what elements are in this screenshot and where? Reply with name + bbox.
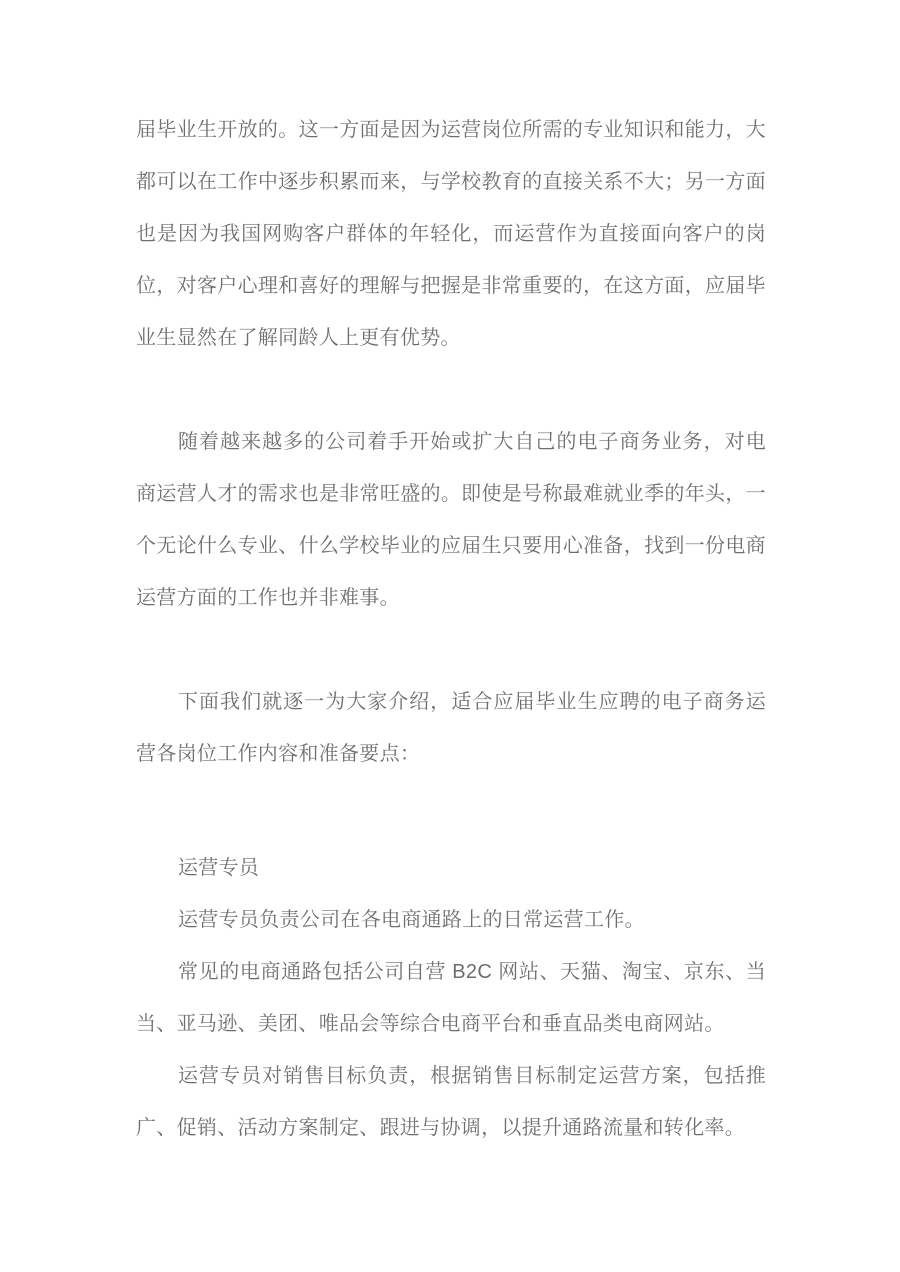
paragraph-intro-list: 下面我们就逐一为大家介绍，适合应届毕业生应聘的电子商务运营各岗位工作内容和准备要… bbox=[136, 676, 766, 780]
paragraph-specialist-duty: 运营专员负责公司在各电商通路上的日常运营工作。 bbox=[136, 894, 766, 946]
paragraph-channels: 常见的电商通路包括公司自营 B2C 网站、天猫、淘宝、京东、当当、亚马逊、美团、… bbox=[136, 946, 766, 1050]
paragraph-continuation: 届毕业生开放的。这一方面是因为运营岗位所需的专业知识和能力，大都可以在工作中逐步… bbox=[136, 104, 766, 364]
paragraph-demand: 随着越来越多的公司着手开始或扩大自己的电子商务业务，对电商运营人才的需求也是非常… bbox=[136, 416, 766, 624]
paragraph-sales-target: 运营专员对销售目标负责，根据销售目标制定运营方案，包括推广、促销、活动方案制定、… bbox=[136, 1050, 766, 1154]
document-page: 届毕业生开放的。这一方面是因为运营岗位所需的专业知识和能力，大都可以在工作中逐步… bbox=[0, 0, 900, 1272]
section-heading-operations-specialist: 运营专员 bbox=[136, 842, 766, 894]
